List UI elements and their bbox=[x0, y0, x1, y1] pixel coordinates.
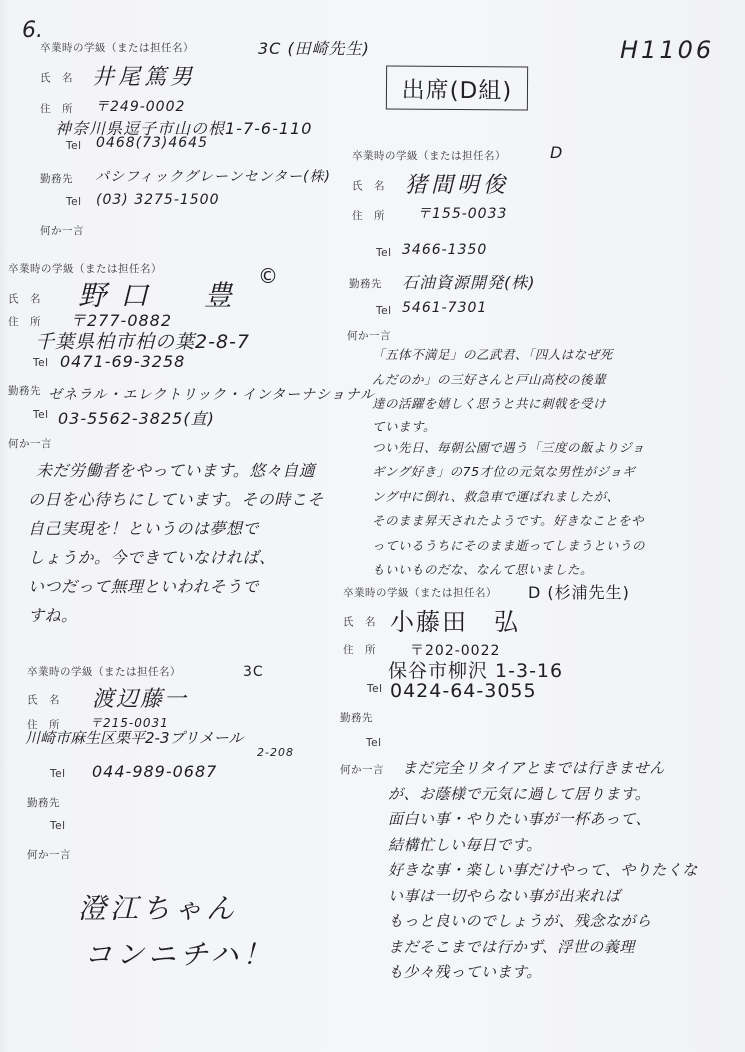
name-value: 小藤田 弘 bbox=[390, 602, 520, 637]
tel-label: Tel bbox=[66, 140, 82, 152]
address-value: 川崎市麻生区栗平2-3プリメール bbox=[25, 727, 243, 748]
class-value: D (杉浦先生) bbox=[528, 580, 630, 603]
name-value: 猪間明俊 bbox=[405, 168, 509, 199]
workplace-value: ゼネラル・エレクトリック・インターナショナル bbox=[48, 384, 375, 404]
section-title-box: 出席(D組) bbox=[386, 66, 528, 111]
comment-text: 「五体不満足」の乙武君、「四人はなぜ死 んだのか」の三好さんと戸山高校の後輩 達… bbox=[372, 343, 645, 583]
comment-label: 何か一言 bbox=[8, 436, 52, 451]
work-tel-value: 5461-7301 bbox=[402, 300, 487, 316]
name-label: 氏 名 bbox=[343, 614, 376, 629]
workplace-label: 勤務先 bbox=[27, 795, 60, 810]
class-value: 3C (田崎先生) bbox=[258, 36, 370, 59]
workplace-label: 勤務先 bbox=[340, 710, 373, 725]
name-value: 渡辺藤一 bbox=[92, 682, 188, 713]
tel-value: 044-989-0687 bbox=[92, 762, 217, 781]
name-label: 氏 名 bbox=[27, 692, 60, 707]
comment-label: 何か一言 bbox=[347, 328, 391, 343]
tel-label: Tel bbox=[33, 357, 49, 369]
work-tel-label: Tel bbox=[66, 196, 82, 208]
workplace-value: 石油資源開発(株) bbox=[402, 270, 536, 293]
name-label: 氏 名 bbox=[352, 178, 385, 193]
work-tel-label: Tel bbox=[33, 409, 49, 421]
class-label: 卒業時の学級（または担任名） bbox=[27, 664, 181, 679]
postal-code: 〒249-0002 bbox=[95, 96, 185, 116]
scanned-page: 6. H1106 出席(D組) 卒業時の学級（または担任名） 3C (田崎先生)… bbox=[0, 0, 745, 1052]
address-label: 住 所 bbox=[352, 208, 385, 223]
work-tel-label: Tel bbox=[376, 305, 392, 317]
tel-value: 0468(73)4645 bbox=[96, 135, 208, 151]
document-id: H1106 bbox=[620, 36, 714, 64]
class-value: © bbox=[258, 264, 279, 288]
postal-code: 〒155-0033 bbox=[417, 203, 507, 223]
class-value: 3C bbox=[243, 664, 264, 680]
workplace-value: パシフィックグレーンセンター(株) bbox=[95, 166, 331, 186]
tel-label: Tel bbox=[376, 247, 392, 259]
address-label: 住 所 bbox=[40, 101, 73, 116]
workplace-label: 勤務先 bbox=[40, 171, 73, 186]
name-value: 井尾篤男 bbox=[92, 60, 196, 91]
address-value: 千葉県柏市柏の葉2-8-7 bbox=[35, 327, 250, 354]
comment-text: 澄江ちゃん コンニチハ！ bbox=[78, 886, 274, 978]
tel-value: 0471-69-3258 bbox=[60, 352, 185, 371]
name-label: 氏 名 bbox=[8, 291, 41, 306]
address-label: 住 所 bbox=[343, 642, 376, 657]
name-label: 氏 名 bbox=[40, 70, 73, 85]
work-tel-label: Tel bbox=[366, 737, 382, 749]
address-extra: 2-208 bbox=[257, 746, 294, 759]
comment-text: まだ完全リタイアとまでは行きません が、お蔭様で元気に過して居ります。 面白い事… bbox=[388, 756, 698, 986]
comment-label: 何か一言 bbox=[27, 847, 71, 862]
work-tel-value: (03) 3275-1500 bbox=[96, 192, 220, 208]
tel-label: Tel bbox=[50, 768, 66, 780]
class-label: 卒業時の学級（または担任名） bbox=[352, 148, 506, 163]
tel-value: 3466-1350 bbox=[402, 242, 487, 258]
work-tel-value: 03-5562-3825(直) bbox=[58, 406, 215, 429]
address-value: 保谷市柳沢 1-3-16 bbox=[388, 656, 563, 683]
class-value: D bbox=[550, 143, 563, 162]
class-label: 卒業時の学級（または担任名） bbox=[343, 585, 497, 600]
workplace-label: 勤務先 bbox=[349, 276, 382, 291]
tel-value: 0424-64-3055 bbox=[390, 680, 537, 702]
comment-text: 未だ労働者をやっています。悠々自適 の日を心待ちにしています。その時こそ 自己実… bbox=[28, 456, 324, 630]
class-label: 卒業時の学級（または担任名） bbox=[40, 40, 194, 55]
tel-label: Tel bbox=[367, 683, 383, 695]
work-tel-label: Tel bbox=[50, 820, 66, 832]
comment-label: 何か一言 bbox=[340, 762, 384, 777]
section-title: 出席(D組) bbox=[402, 71, 513, 105]
workplace-label: 勤務先 bbox=[8, 383, 41, 398]
comment-label: 何か一言 bbox=[40, 223, 84, 238]
